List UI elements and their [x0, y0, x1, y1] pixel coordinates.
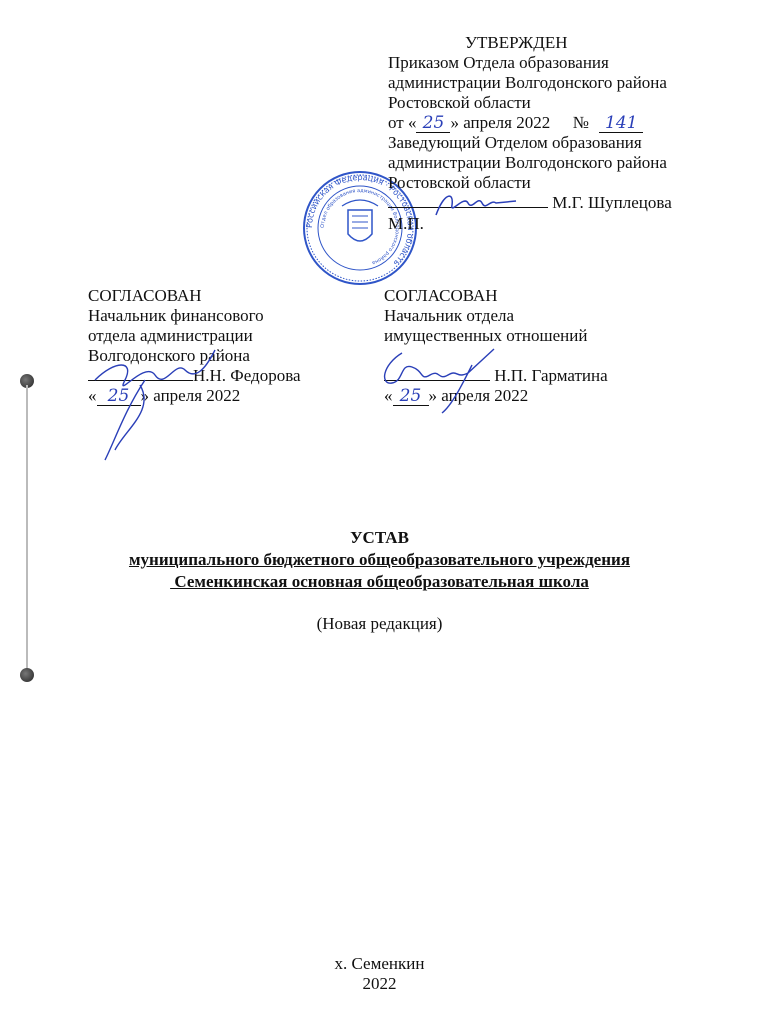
approved-position-1: Заведующий Отделом образования [388, 133, 642, 152]
approved-position-2: администрации Волгодонского района [388, 153, 667, 172]
signature-garmatina-icon [372, 345, 502, 415]
order-number-label: № [573, 113, 589, 132]
order-number-handwritten: 141 [599, 115, 643, 133]
footer-year: 2022 [0, 974, 759, 993]
agreed-right-line-2: имущественных отношений [384, 326, 587, 345]
document-title: УСТАВ [0, 528, 759, 547]
document-subtitle-1: муниципального бюджетного общеобразовате… [0, 550, 759, 569]
agreed-right-line-1: Начальник отдела [384, 306, 514, 325]
approved-line-3: Ростовской области [388, 93, 531, 112]
footer-place: х. Семенкин [0, 954, 759, 973]
seal-label: М.П. [388, 214, 424, 233]
approved-heading: УТВЕРЖДЕН [465, 33, 568, 52]
signature-fedorova-icon [85, 330, 225, 470]
approved-signer: М.Г. Шуплецова [552, 193, 672, 212]
date-day-handwritten: 25 [416, 115, 450, 133]
agreed-left-line-1: Начальник финансового [88, 306, 264, 325]
agreed-right-signer: Н.П. Гарматина [494, 366, 607, 385]
approved-line-1: Приказом Отдела образования [388, 53, 609, 72]
agreed-left-heading: СОГЛАСОВАН [88, 286, 202, 305]
binder-hole-bottom [20, 668, 34, 682]
signature-shuplecova-icon [430, 185, 550, 225]
document-subtitle-2: Семенкинская основная общеобразовательна… [0, 572, 759, 591]
date-suffix: » апреля 2022 [450, 113, 550, 132]
subtitle-line-1-text: муниципального бюджетного общеобразовате… [129, 550, 630, 569]
approved-order-date: от «25» апреля 2022 № 141 [388, 113, 643, 133]
document-edition: (Новая редакция) [0, 614, 759, 633]
subtitle-line-2-text: Семенкинская основная общеобразовательна… [170, 572, 589, 591]
approved-line-2: администрации Волгодонского района [388, 73, 667, 92]
agreed-right-heading: СОГЛАСОВАН [384, 286, 498, 305]
date-prefix: от « [388, 113, 416, 132]
